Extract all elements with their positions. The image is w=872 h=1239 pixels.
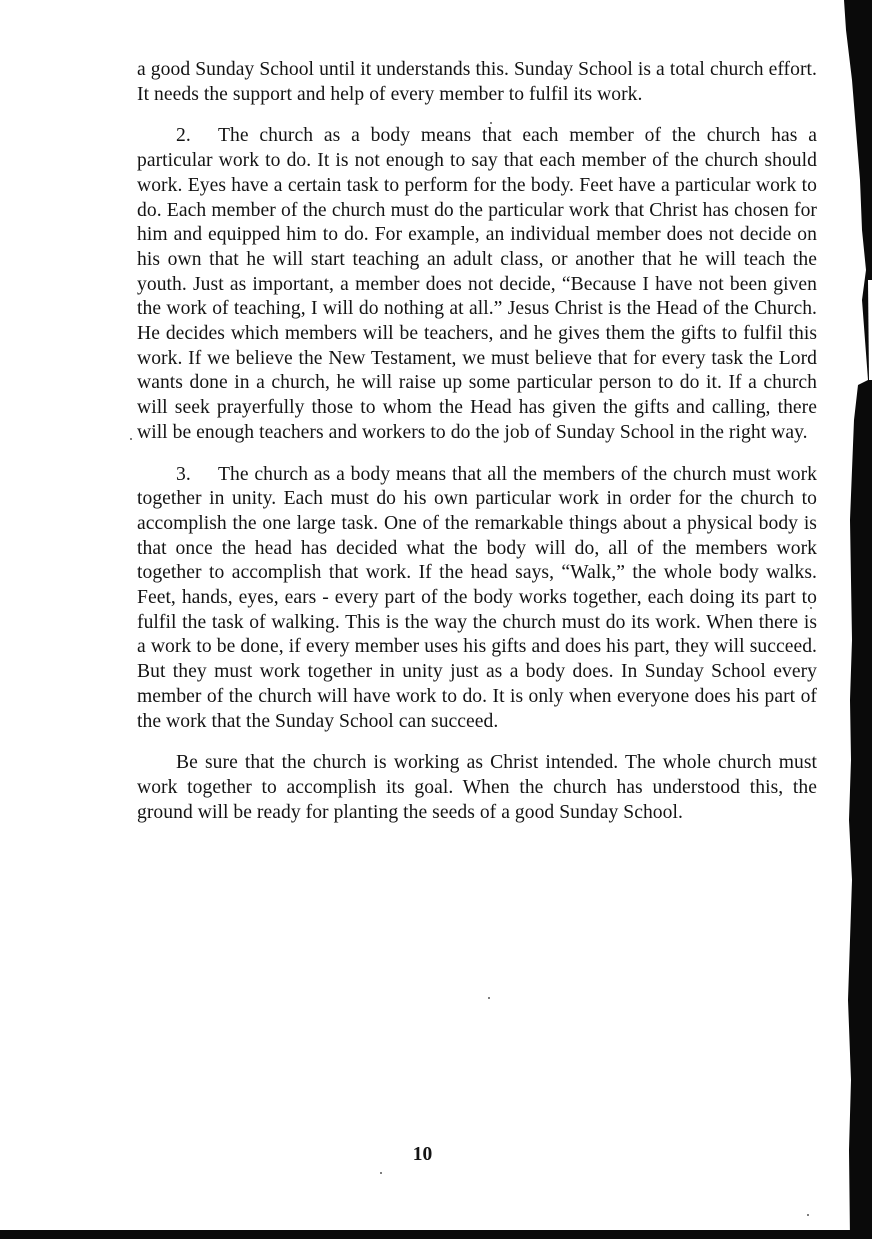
paragraph-text: Be sure that the church is working as Ch… bbox=[137, 752, 817, 822]
list-number: 3. bbox=[176, 463, 218, 488]
scan-speck bbox=[488, 997, 490, 999]
paragraph-conclusion: Be sure that the church is working as Ch… bbox=[137, 751, 817, 825]
page-number: 10 bbox=[0, 1144, 845, 1166]
paragraph-text: The church as a body means that all the … bbox=[137, 464, 817, 732]
paragraph-point-3: 3.The church as a body means that all th… bbox=[137, 463, 817, 735]
scanned-page: a good Sunday School until it understand… bbox=[0, 0, 872, 1239]
scan-speck bbox=[810, 607, 812, 609]
paragraph-point-2: 2.The church as a body means that each m… bbox=[137, 124, 817, 445]
scan-speck bbox=[380, 1172, 382, 1174]
body-text: a good Sunday School until it understand… bbox=[137, 58, 817, 842]
scan-speck bbox=[490, 122, 492, 124]
paragraph-text: a good Sunday School until it understand… bbox=[137, 59, 817, 105]
paragraph-text: The church as a body means that each mem… bbox=[137, 125, 817, 442]
list-number: 2. bbox=[176, 124, 218, 149]
scan-speck bbox=[130, 438, 132, 440]
scan-bottom-edge bbox=[0, 1230, 872, 1239]
scan-speck bbox=[807, 1214, 809, 1216]
paragraph-continuation: a good Sunday School until it understand… bbox=[137, 58, 817, 107]
scan-binding-edge bbox=[832, 0, 872, 1239]
